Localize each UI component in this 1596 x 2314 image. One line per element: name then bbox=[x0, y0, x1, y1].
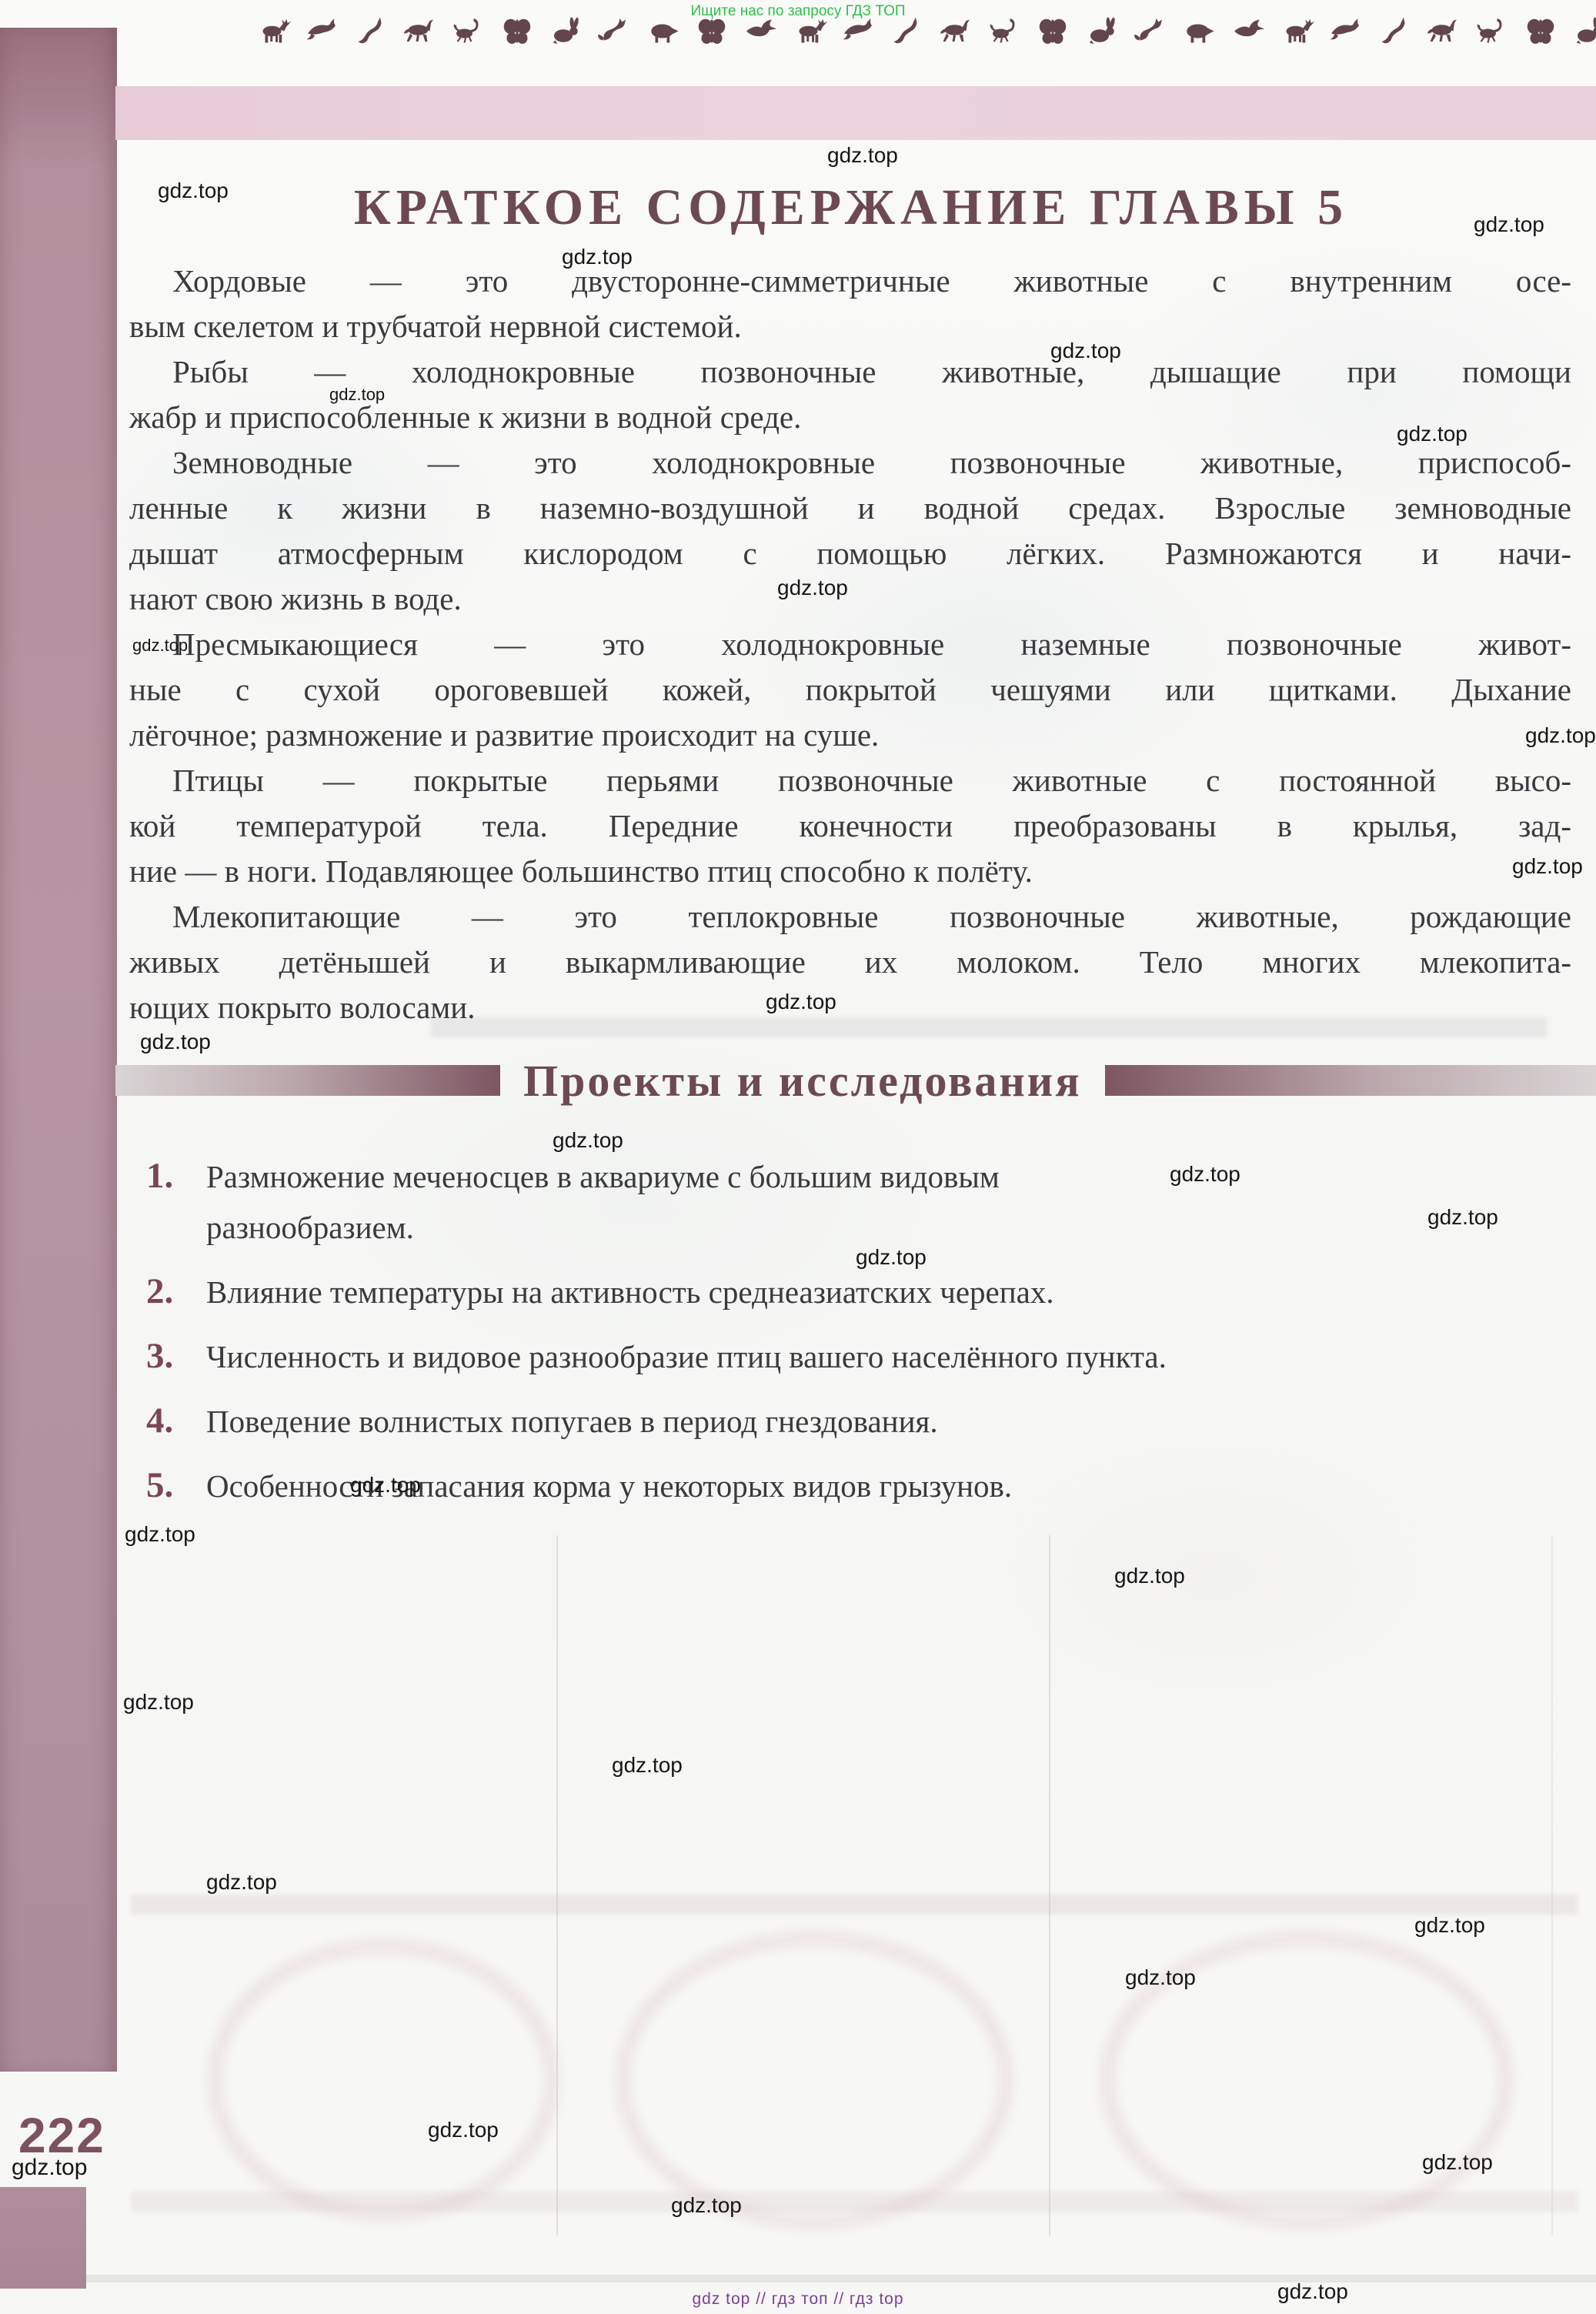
summary-paragraph: Хордовые — это двусторонне-симметричные … bbox=[129, 259, 1571, 349]
chapter-summary-title: КРАТКОЕ СОДЕРЖАНИЕ ГЛАВЫ 5 bbox=[131, 179, 1571, 237]
butterfly-icon bbox=[498, 12, 536, 48]
horse-icon bbox=[937, 12, 975, 48]
gdz-watermark: gdz.top bbox=[12, 2155, 87, 2181]
summary-line: ленные к жизни в наземно-воздушной и вод… bbox=[129, 486, 1571, 531]
project-item: 3.Численность и видовое разнообразие пти… bbox=[146, 1331, 1571, 1382]
horse-icon bbox=[1424, 12, 1462, 48]
project-item-number: 4. bbox=[146, 1396, 206, 1447]
summary-line: Птицы — покрытые перьями позвоночные жив… bbox=[129, 758, 1571, 803]
gdz-watermark: gdz.top bbox=[1170, 1162, 1240, 1187]
gdz-watermark: gdz.top bbox=[671, 2193, 742, 2218]
scorpion-icon bbox=[985, 12, 1023, 48]
gdz-watermark: gdz.top bbox=[1277, 2279, 1348, 2304]
butterfly-icon bbox=[1521, 12, 1560, 48]
summary-paragraph: Птицы — покрытые перьями позвоночные жив… bbox=[129, 758, 1571, 894]
gdz-watermark: gdz.top bbox=[1512, 854, 1583, 879]
lizard-icon bbox=[887, 12, 926, 48]
page-edge-shadow bbox=[0, 2275, 1596, 2282]
summary-line: Млекопитающие — это теплокровные позвоно… bbox=[129, 894, 1571, 940]
project-item-line: Размножение меченосцев в аквариуме с бол… bbox=[206, 1151, 1571, 1202]
animal-silhouette-border bbox=[254, 9, 1596, 51]
horse-icon bbox=[400, 12, 439, 48]
heading-rule-left bbox=[115, 1065, 500, 1096]
gdz-watermark: gdz.top bbox=[1525, 723, 1596, 748]
gdz-watermark: gdz.top bbox=[158, 179, 229, 203]
ghost-text-streak bbox=[131, 1895, 1578, 1915]
projects-heading-row: Проекты и исследования bbox=[115, 1053, 1596, 1108]
lizard-icon bbox=[1375, 12, 1414, 48]
gdz-watermark: gdz.top bbox=[132, 636, 188, 656]
summary-line: вым скелетом и трубчатой нервной системо… bbox=[129, 304, 1571, 349]
gdz-watermark: gdz.top bbox=[329, 385, 385, 405]
header-pink-band bbox=[115, 86, 1596, 140]
chapter-summary-text: Хордовые — это двусторонне-симметричные … bbox=[129, 259, 1571, 1030]
bottom-site-notice: gdz top // гдз топ // гдз top bbox=[0, 2290, 1596, 2309]
gdz-watermark: gdz.top bbox=[1422, 2150, 1493, 2175]
hare-icon bbox=[1083, 12, 1121, 48]
bird-icon bbox=[741, 12, 780, 48]
scanned-textbook-page: Ищите нас по запросу ГДЗ ТОП КРАТКОЕ СОД… bbox=[0, 0, 1596, 2314]
summary-line: ные с сухой ороговевшей кожей, покрытой … bbox=[129, 667, 1571, 713]
hare-icon bbox=[1570, 12, 1596, 48]
summary-line: кой температурой тела. Передние конечнос… bbox=[129, 803, 1571, 849]
project-item-number: 5. bbox=[146, 1461, 206, 1511]
butterfly-icon bbox=[1033, 12, 1072, 48]
cat-icon bbox=[595, 12, 633, 48]
summary-line: нают свою жизнь в воде. bbox=[129, 576, 1571, 622]
heading-rule-right bbox=[1105, 1065, 1596, 1096]
projects-list: 1.Размножение меченосцев в аквариуме с б… bbox=[146, 1151, 1571, 1525]
project-item-line: Численность и видовое разнообразие птиц … bbox=[206, 1331, 1571, 1382]
summary-line: Пресмыкающиеся — это холоднокровные назе… bbox=[129, 622, 1571, 667]
project-item-line: Влияние температуры на активность средне… bbox=[206, 1267, 1571, 1317]
project-item-line: Поведение волнистых попугаев в период гн… bbox=[206, 1396, 1571, 1447]
ghost-figure bbox=[616, 1932, 1013, 2229]
summary-line: лёгочное; размножение и развитие происхо… bbox=[129, 713, 1571, 758]
summary-line: Земноводные — это холоднокровные позвоно… bbox=[129, 440, 1571, 486]
lizard-icon bbox=[352, 12, 390, 48]
ghost-column-line bbox=[1049, 1535, 1050, 2236]
gdz-watermark: gdz.top bbox=[123, 1690, 194, 1715]
summary-line: живых детёнышей и выкармливающие их моло… bbox=[129, 940, 1571, 985]
project-item-number: 2. bbox=[146, 1267, 206, 1317]
project-item-text: Влияние температуры на активность средне… bbox=[206, 1267, 1571, 1317]
gdz-watermark: gdz.top bbox=[428, 2118, 499, 2142]
scorpion-icon bbox=[1472, 12, 1511, 48]
gdz-watermark: gdz.top bbox=[827, 143, 898, 168]
ghost-column-line bbox=[556, 1535, 558, 2236]
project-item: 4.Поведение волнистых попугаев в период … bbox=[146, 1396, 1571, 1447]
projects-heading: Проекты и исследования bbox=[523, 1055, 1082, 1107]
summary-line: ние — в ноги. Подавляющее большинство пт… bbox=[129, 849, 1571, 894]
project-item: 2.Влияние температуры на активность сред… bbox=[146, 1267, 1571, 1317]
gdz-watermark: gdz.top bbox=[1474, 212, 1544, 237]
bird-icon bbox=[1229, 12, 1267, 48]
boar-icon bbox=[1180, 12, 1218, 48]
summary-paragraph: Земноводные — это холоднокровные позвоно… bbox=[129, 440, 1571, 622]
moose-icon bbox=[790, 12, 829, 48]
gdz-watermark: gdz.top bbox=[1050, 339, 1121, 363]
moose-icon bbox=[1277, 12, 1316, 48]
boar-icon bbox=[644, 12, 683, 48]
gdz-watermark: gdz.top bbox=[562, 245, 633, 269]
project-item-number: 1. bbox=[146, 1151, 206, 1253]
gdz-watermark: gdz.top bbox=[1397, 422, 1467, 446]
gdz-watermark: gdz.top bbox=[856, 1245, 927, 1270]
gdz-watermark: gdz.top bbox=[766, 990, 836, 1014]
project-item-number: 3. bbox=[146, 1331, 206, 1382]
ghost-column-line bbox=[1551, 1535, 1553, 2236]
project-item-text: Размножение меченосцев в аквариуме с бол… bbox=[206, 1151, 1571, 1253]
ghost-figure bbox=[208, 1939, 559, 2221]
summary-paragraph: Пресмыкающиеся — это холоднокровные назе… bbox=[129, 622, 1571, 758]
project-item-text: Поведение волнистых попугаев в период гн… bbox=[206, 1396, 1571, 1447]
gdz-watermark: gdz.top bbox=[1125, 1965, 1196, 1990]
cat-icon bbox=[1131, 12, 1170, 48]
summary-line: ющих покрыто волосами. bbox=[129, 985, 1571, 1030]
chapter-edge-block bbox=[0, 2187, 86, 2289]
gdz-watermark: gdz.top bbox=[1114, 1564, 1185, 1588]
project-item: 1.Размножение меченосцев в аквариуме с б… bbox=[146, 1151, 1571, 1253]
chapter-edge-bar bbox=[0, 28, 117, 2072]
gdz-watermark: gdz.top bbox=[350, 1473, 421, 1498]
summary-line: Хордовые — это двусторонне-симметричные … bbox=[129, 259, 1571, 304]
project-item-text: Численность и видовое разнообразие птиц … bbox=[206, 1331, 1571, 1382]
gdz-watermark: gdz.top bbox=[777, 576, 848, 600]
hare-icon bbox=[546, 12, 585, 48]
gdz-watermark: gdz.top bbox=[140, 1030, 211, 1054]
whale-icon bbox=[1326, 12, 1364, 48]
gdz-watermark: gdz.top bbox=[206, 1870, 277, 1895]
gdz-watermark: gdz.top bbox=[1414, 1913, 1485, 1938]
summary-paragraph: Млекопитающие — это теплокровные позвоно… bbox=[129, 894, 1571, 1030]
moose-icon bbox=[254, 12, 292, 48]
gdz-watermark: gdz.top bbox=[125, 1522, 195, 1547]
whale-icon bbox=[839, 12, 877, 48]
gdz-watermark: gdz.top bbox=[553, 1128, 623, 1153]
scorpion-icon bbox=[449, 12, 487, 48]
gdz-watermark: gdz.top bbox=[612, 1753, 683, 1778]
gdz-watermark: gdz.top bbox=[1427, 1205, 1498, 1230]
butterfly-icon bbox=[693, 12, 731, 48]
whale-icon bbox=[302, 12, 341, 48]
summary-line: дышат атмосферным кислородом с помощью л… bbox=[129, 531, 1571, 576]
